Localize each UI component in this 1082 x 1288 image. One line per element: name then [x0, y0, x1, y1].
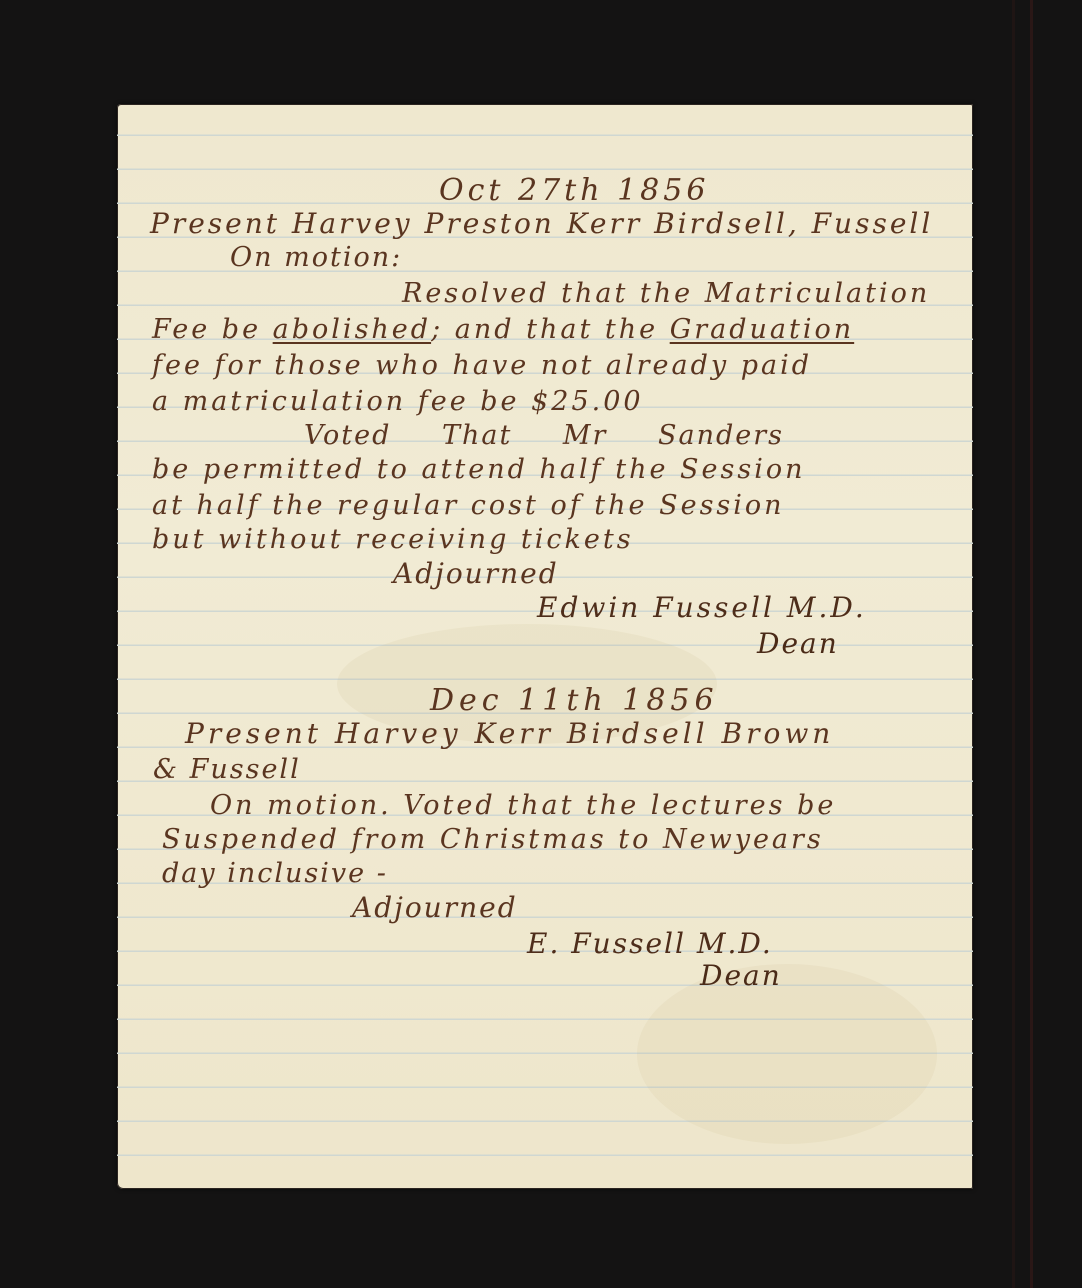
- entry-date: Dec 11th 1856: [430, 686, 719, 716]
- motion-line: day inclusive -: [162, 860, 388, 887]
- signature-title-dean: Dean: [700, 962, 782, 990]
- adjourned-line: Adjourned: [352, 894, 518, 922]
- minutes-entry-dec-11-1856: Dec 11th 1856 Present Harvey Kerr Birdse…: [117, 104, 973, 1189]
- motion-line: On motion. Voted that the lectures be: [210, 792, 836, 819]
- attendees-line: & Fussell: [153, 756, 301, 783]
- backdrop-stripe: [1030, 0, 1033, 1288]
- attendees-line: Present Harvey Kerr Birdsell Brown: [185, 720, 834, 748]
- manuscript-page: Oct 27th 1856 Present Harvey Preston Ker…: [117, 104, 973, 1189]
- signature-e-fussell: E. Fussell M.D.: [527, 930, 773, 958]
- backdrop-stripe: [1012, 0, 1015, 1288]
- motion-line: Suspended from Christmas to Newyears: [162, 826, 824, 853]
